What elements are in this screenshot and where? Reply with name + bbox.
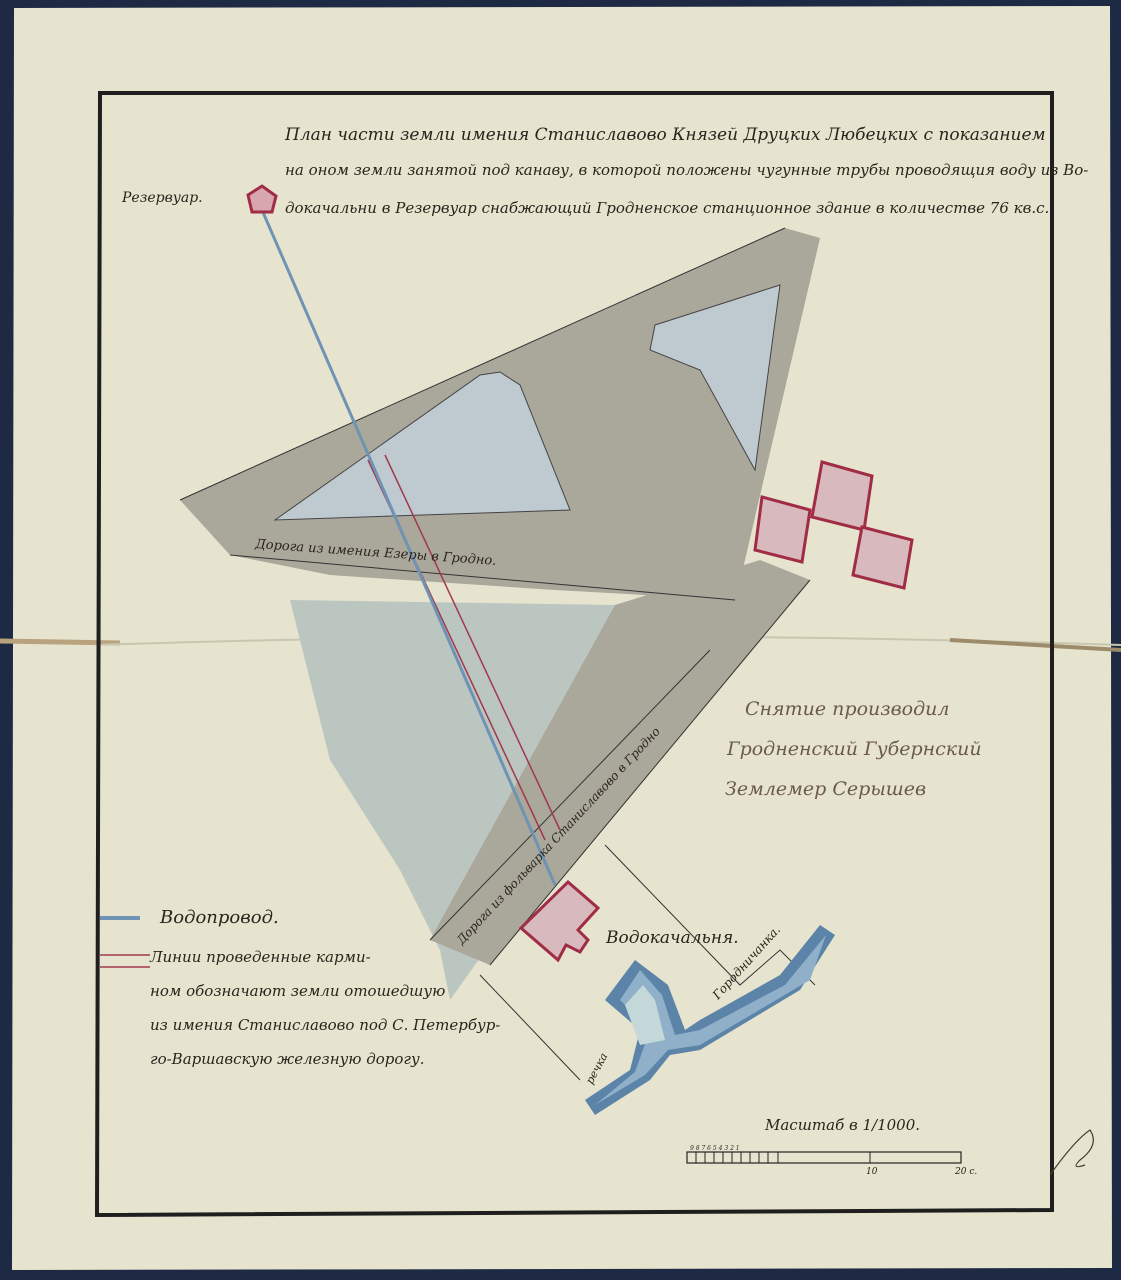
title-line-3: докачальни в Резервуар снабжающий Гродне… xyxy=(285,199,1049,217)
scale-title: Масштаб в 1/1000. xyxy=(764,1116,920,1134)
legend-red-lines-label-1: Линии проведенные карми- xyxy=(149,948,371,966)
title-line-1: План части земли имения Станиславово Кня… xyxy=(284,125,1046,145)
title-line-2: на оном земли занятой под канаву, в кото… xyxy=(285,161,1088,179)
label-reservoir: Резервуар. xyxy=(121,190,203,206)
legend-red-lines-label-4: го-Варшавскую железную дорогу. xyxy=(150,1050,424,1068)
map-sheet: План части земли имения Станиславово Кня… xyxy=(0,0,1121,1280)
building-2[interactable] xyxy=(812,462,872,530)
label-pump-house: Водокачальня. xyxy=(605,928,739,948)
signature-line-3: Землемер Серышев xyxy=(725,778,926,800)
legend-water-pipe-label: Водопровод. xyxy=(159,907,279,928)
building-1[interactable] xyxy=(755,497,810,562)
signature-line-1: Снятие производил xyxy=(745,698,949,720)
scale-small-ticks: 9 8 7 6 5 4 3 2 1 xyxy=(690,1145,740,1152)
legend-red-lines-label-2: ном обозначают земли отошедшую xyxy=(150,982,445,1000)
scale-tick-10: 10 xyxy=(866,1167,878,1177)
fold-string xyxy=(0,641,120,643)
scale-tick-20: 20 с. xyxy=(954,1167,977,1177)
legend-red-lines-label-3: из имения Станиславово под С. Петербур- xyxy=(150,1016,500,1034)
signature-line-2: Гродненский Губернский xyxy=(726,738,982,760)
map-title: План части земли имения Станиславово Кня… xyxy=(284,125,1088,217)
